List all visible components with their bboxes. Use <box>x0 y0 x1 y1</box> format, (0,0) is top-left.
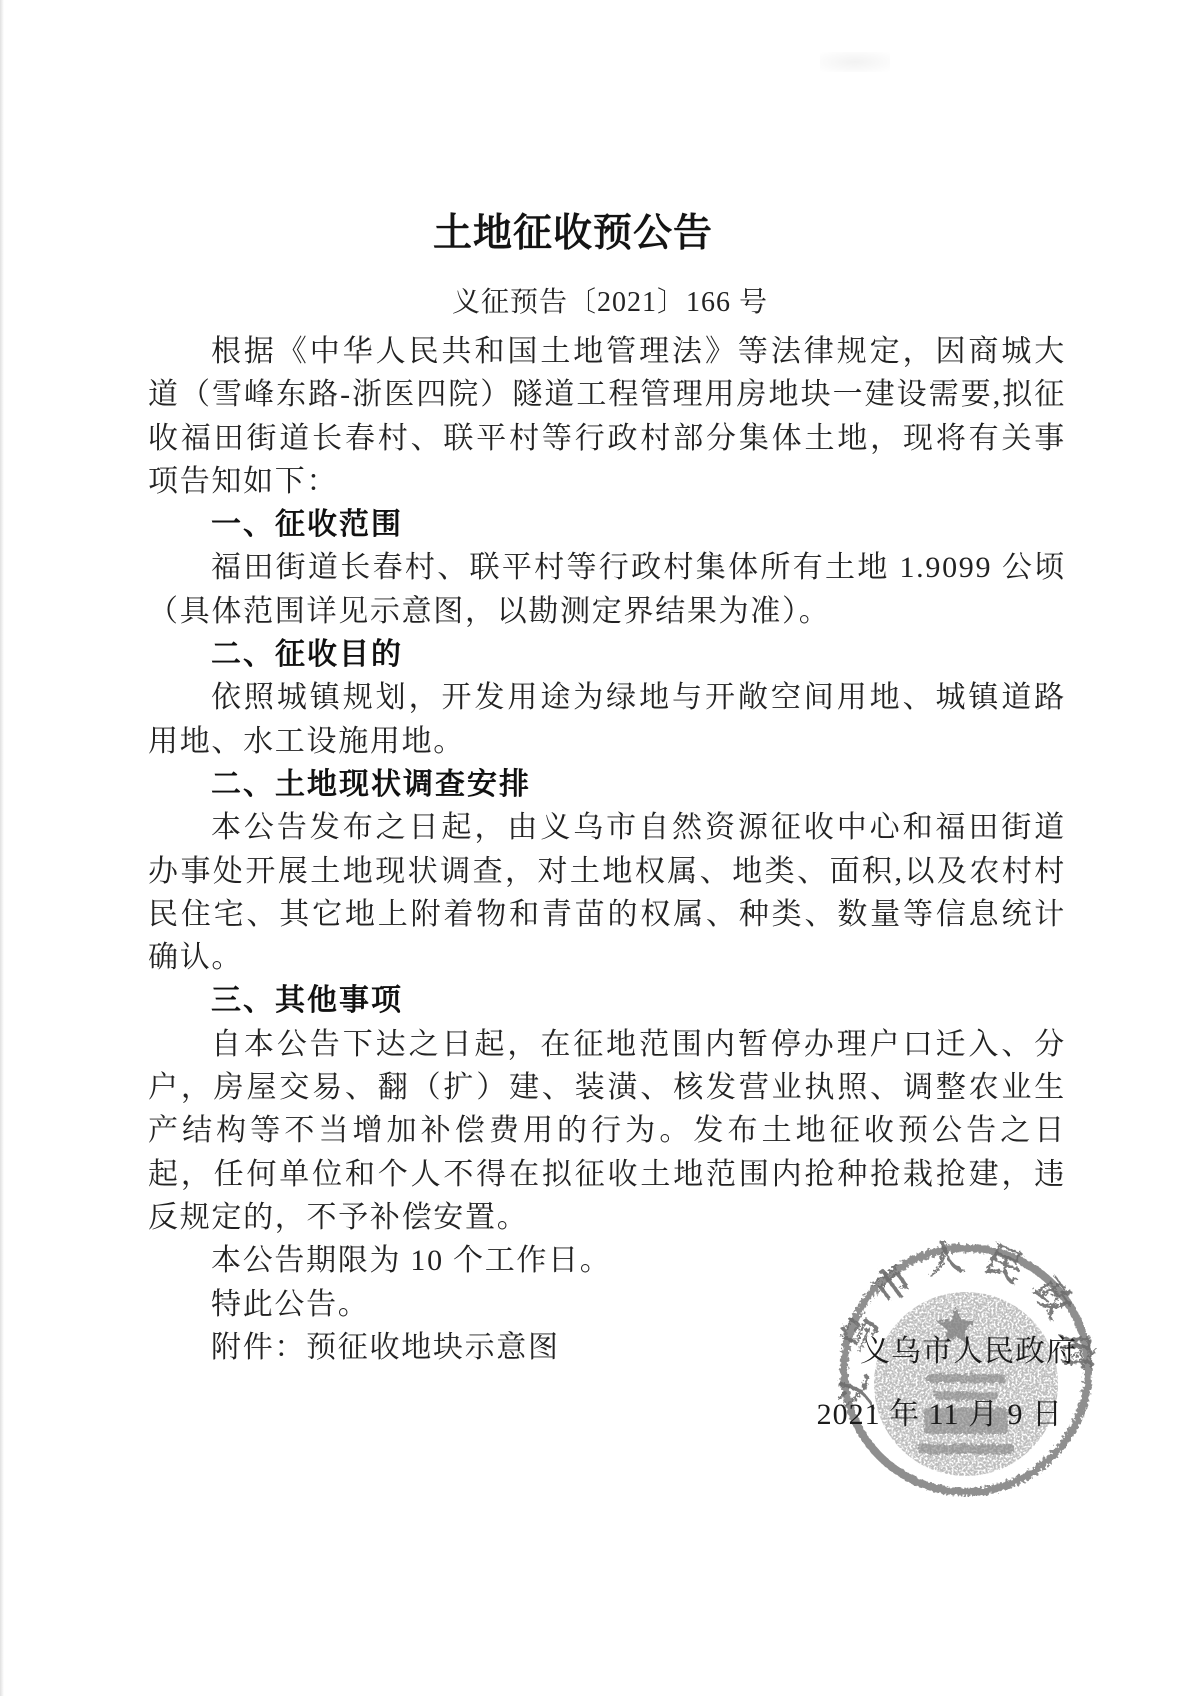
section-heading: 一、征收范围 <box>148 503 1066 546</box>
document-number: 义征预告〔2021〕166 号 <box>21 280 1199 320</box>
government-seal-icon: 义乌市人民政府 <box>830 1234 1102 1506</box>
paragraph: 依照城镇规划，开发用途为绿地与开敞空间用地、城镇道路用地、水工设施用地。 <box>148 676 1066 763</box>
scanned-document-page: 土地征收预公告 义征预告〔2021〕166 号 根据《中华人民共和国土地管理法》… <box>0 0 1199 1696</box>
document-title: 土地征收预公告 <box>0 202 1146 258</box>
section-heading: 二、土地现状调查安排 <box>148 763 1066 806</box>
paragraph: 自本公告下达之日起，在征地范围内暂停办理户口迁入、分户，房屋交易、翻（扩）建、装… <box>148 1023 1066 1239</box>
signature-date: 2021 年 11 月 9 日 <box>817 1389 1063 1433</box>
paragraph: 根据《中华人民共和国土地管理法》等法律规定，因商城大道（雪峰东路-浙医四院）隧道… <box>148 330 1066 503</box>
paragraph: 福田街道长春村、联平村等行政村集体所有土地 1.9099 公顷（具体范围详见示意… <box>148 546 1066 633</box>
section-heading: 二、征收目的 <box>148 633 1066 676</box>
signature-issuer: 义乌市人民政府 <box>860 1326 1077 1370</box>
paragraph: 本公告发布之日起，由义乌市自然资源征收中心和福田街道办事处开展土地现状调查，对土… <box>148 806 1066 979</box>
document-body: 根据《中华人民共和国土地管理法》等法律规定，因商城大道（雪峰东路-浙医四院）隧道… <box>148 330 1066 1369</box>
official-seal: 义乌市人民政府 <box>830 1234 1102 1506</box>
section-heading: 三、其他事项 <box>148 979 1066 1022</box>
scan-smudge <box>820 52 890 72</box>
